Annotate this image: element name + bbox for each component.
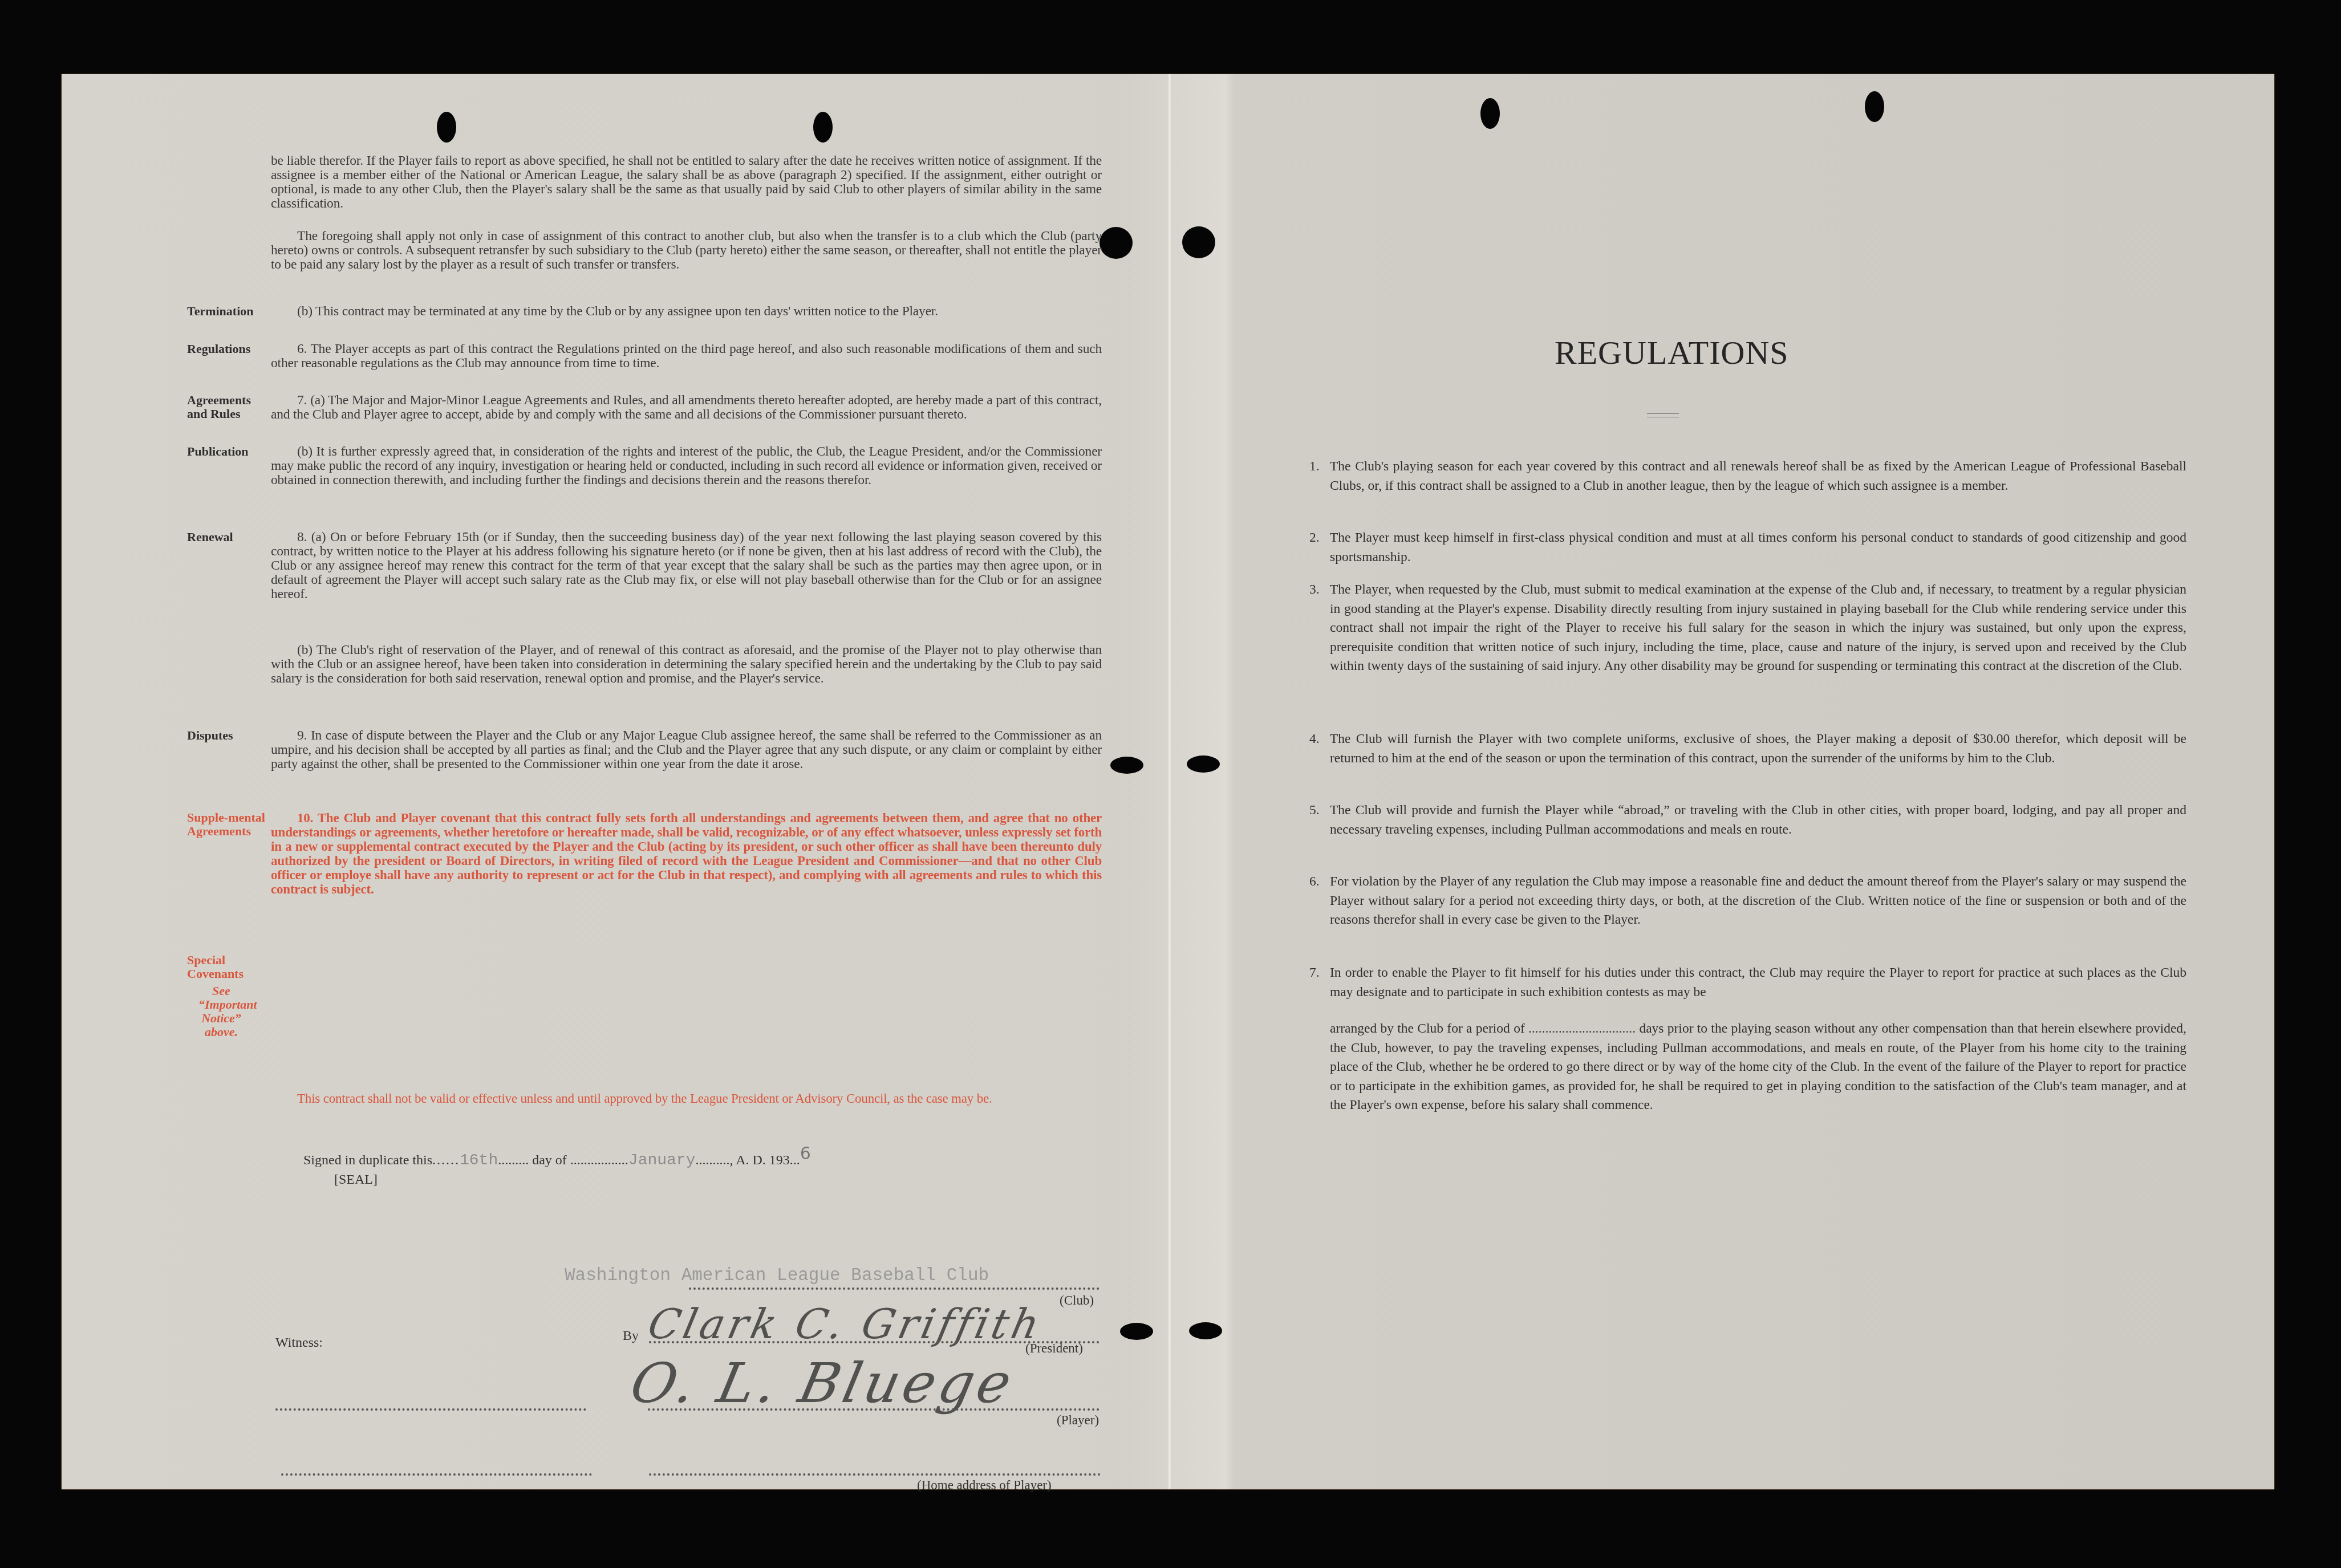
seal: [SEAL] xyxy=(334,1172,378,1188)
president-caption: (President) xyxy=(1025,1341,1083,1356)
clause-renewal-b: (b) The Club's right of reservation of t… xyxy=(271,643,1102,686)
clause-supplemental-agreements: 10. The Club and Player covenant that th… xyxy=(271,811,1102,896)
regulation-item-6: 6. For violation by the Player of any re… xyxy=(1314,872,2186,930)
witness-line-2 xyxy=(281,1473,592,1476)
clause-termination: (b) This contract may be terminated at a… xyxy=(271,304,1102,319)
clause-regulations: 6. The Player accepts as part of this co… xyxy=(271,342,1102,371)
regulation-item-5: 5. The Club will provide and furnish the… xyxy=(1314,801,2186,839)
label-supplemental-agreements: Supple-mental Agreements xyxy=(187,811,267,838)
label-special-covenants: Special Covenants xyxy=(187,953,261,981)
by-label: By xyxy=(623,1329,639,1344)
clause-disputes: 9. In case of dispute between the Player… xyxy=(271,729,1102,771)
player-signature: O. L. Bluege xyxy=(625,1351,1020,1415)
witness-label: Witness: xyxy=(275,1335,323,1351)
title-rule xyxy=(1647,417,1679,417)
label-agreements-rules: Agreements and Rules xyxy=(187,393,273,421)
regulation-item-7: 7. In order to enable the Player to fit … xyxy=(1314,964,2186,1002)
special-covenants-note: See “Important Notice” above. xyxy=(198,984,244,1039)
player-line xyxy=(648,1408,1100,1411)
carryover-paragraph: The foregoing shall apply not only in ca… xyxy=(271,229,1102,272)
club-typed-name: Washington American League Baseball Club xyxy=(565,1266,989,1286)
regulations-title: REGULATIONS xyxy=(1555,334,1789,372)
clause-renewal-a: 8. (a) On or before February 15th (or if… xyxy=(271,530,1102,602)
carryover-paragraph: be liable therefor. If the Player fails … xyxy=(271,154,1102,211)
contract-page-3-regulations: REGULATIONS 1. The Club's playing season… xyxy=(1171,74,2274,1489)
label-renewal: Renewal xyxy=(187,530,273,544)
label-publication: Publication xyxy=(187,445,273,458)
player-caption: (Player) xyxy=(1057,1413,1099,1428)
signing-date-line: Signed in duplicate this......16th......… xyxy=(303,1144,811,1169)
home-address-caption: (Home address of Player) xyxy=(917,1478,1052,1493)
label-regulations: Regulations xyxy=(187,342,273,356)
label-termination: Termination xyxy=(187,304,273,318)
club-caption: (Club) xyxy=(1060,1293,1094,1308)
club-line xyxy=(689,1287,1100,1290)
regulation-item-3: 3. The Player, when requested by the Clu… xyxy=(1314,580,2186,676)
witness-line xyxy=(275,1408,586,1411)
signed-prefix: Signed in duplicate this xyxy=(303,1153,432,1168)
clause-agreements-rules: 7. (a) The Major and Major-Minor League … xyxy=(271,393,1102,422)
label-disputes: Disputes xyxy=(187,729,273,742)
contract-sheet: be liable therefor. If the Player fails … xyxy=(62,74,2274,1489)
regulation-item-7-continuation: arranged by the Club for a period of ...… xyxy=(1314,1019,2186,1115)
signed-year-digit: 6 xyxy=(800,1144,811,1164)
regulation-item-4: 4. The Club will furnish the Player with… xyxy=(1314,730,2186,768)
signed-month: January xyxy=(628,1152,696,1169)
signed-day: 16th xyxy=(460,1152,498,1169)
regulation-item-2: 2. The Player must keep himself in first… xyxy=(1314,529,2186,567)
contract-page-2: be liable therefor. If the Player fails … xyxy=(62,74,1168,1489)
home-address-line xyxy=(649,1473,1101,1476)
validity-notice: This contract shall not be valid or effe… xyxy=(271,1091,1102,1106)
regulation-item-1: 1. The Club's playing season for each ye… xyxy=(1314,457,2186,495)
day-of: day of xyxy=(532,1153,567,1168)
year-prefix: , A. D. 193 xyxy=(729,1153,789,1168)
title-rule xyxy=(1647,413,1679,414)
clause-publication: (b) It is further expressly agreed that,… xyxy=(271,445,1102,488)
